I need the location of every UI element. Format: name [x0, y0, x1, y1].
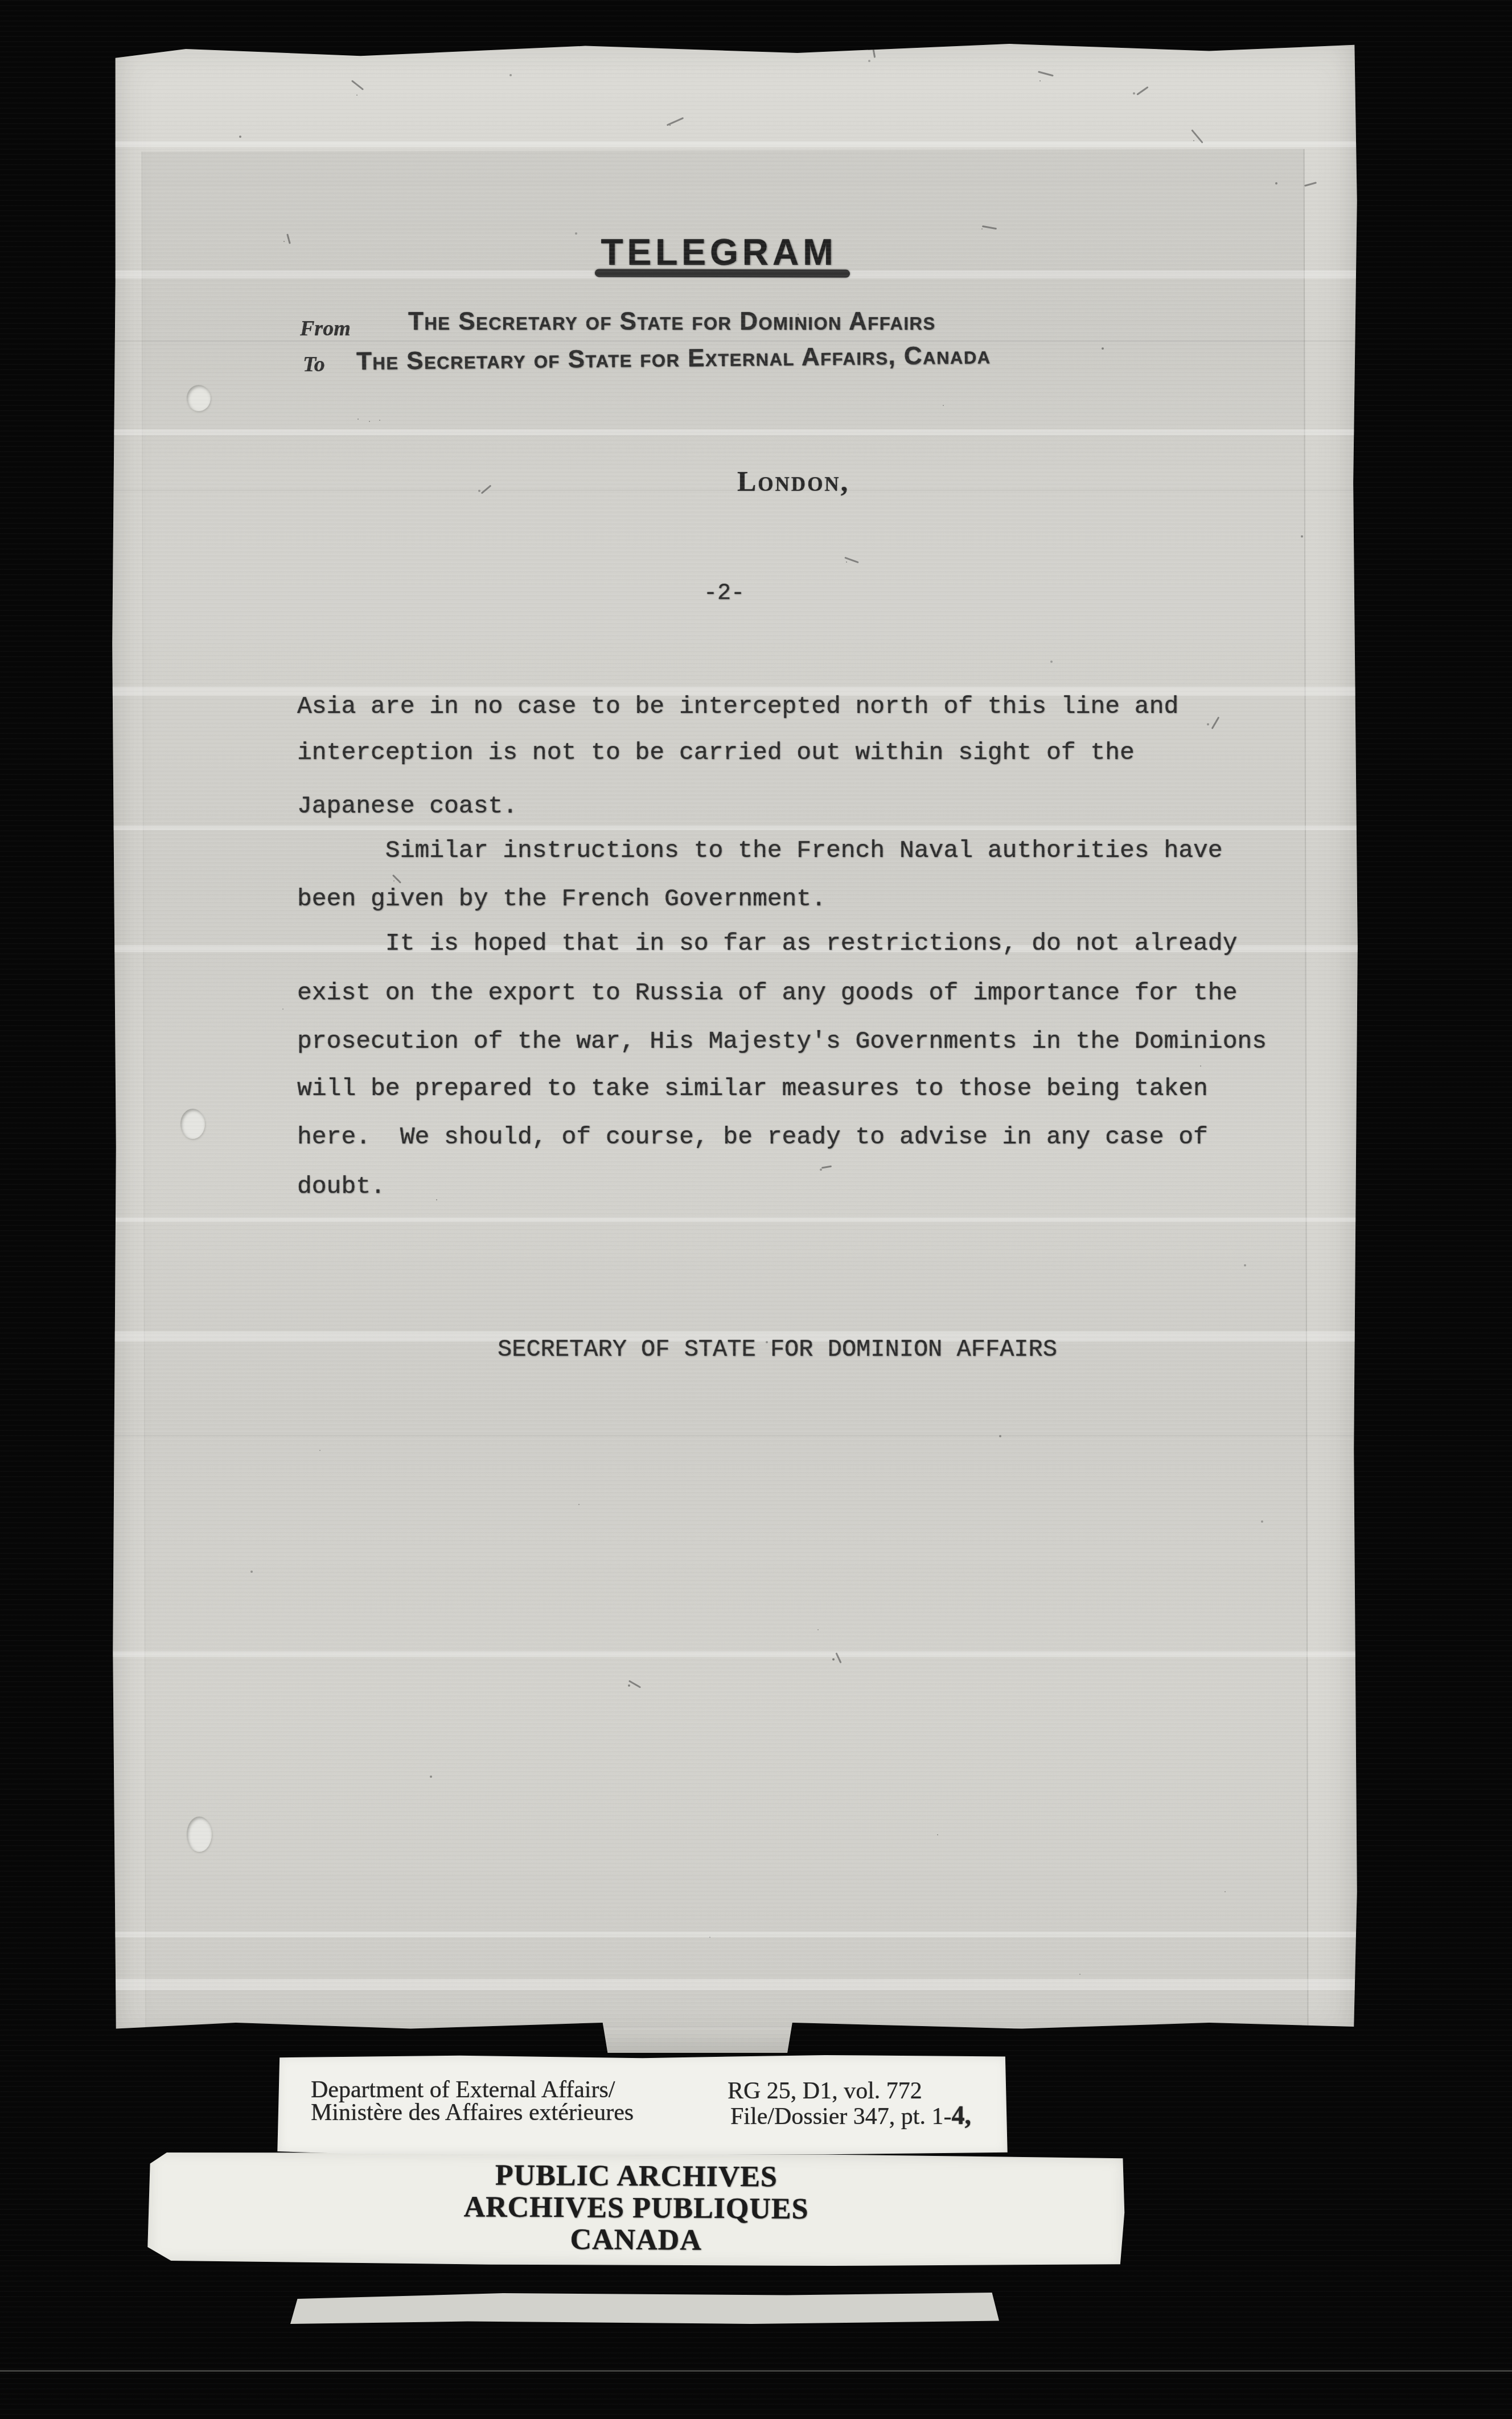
archive-reference-file: File/Dossier 347, pt. 1-4, [730, 2100, 971, 2130]
stamp-line-french: ARCHIVES PUBLIQUES [147, 2190, 1125, 2227]
punch-hole [187, 385, 211, 411]
stamp-line-country: CANADA [147, 2221, 1125, 2259]
scanned-microfilm-frame: TELEGRAM From The Secretary of State for… [0, 0, 1512, 2419]
body-line: Japanese coast. [297, 792, 517, 820]
body-line: been given by the French Government. [297, 885, 826, 913]
title-underline [595, 269, 850, 277]
scratch-mark [1304, 182, 1317, 187]
punch-hole [180, 1109, 205, 1139]
scratch-mark [872, 46, 876, 58]
punch-hole [187, 1817, 212, 1852]
body-line: prosecution of the war, His Majesty's Go… [297, 1027, 1267, 1055]
from-value: The Secretary of State for Dominion Affa… [408, 307, 936, 336]
stamp-line-english: PUBLIC ARCHIVES [147, 2158, 1125, 2195]
body-line: It is hoped that in so far as restrictio… [297, 929, 1237, 957]
paper-strip-fragment [290, 2293, 999, 2324]
dust-specks [111, 40, 113, 42]
from-label: From [300, 316, 351, 341]
signoff-line: SECRETARY OF STATE FOR DOMINION AFFAIRS [498, 1336, 1057, 1363]
scratch-mark [1038, 71, 1054, 76]
department-reference-card: Department of External Affairs/ Ministèr… [277, 2055, 1008, 2155]
body-line: exist on the export to Russia of any goo… [297, 979, 1237, 1007]
department-name-french: Ministère des Affaires extérieures [311, 2099, 634, 2126]
scan-line-artifact [0, 2370, 1512, 2372]
body-line: will be prepared to take similar measure… [297, 1075, 1208, 1102]
telegram-title: TELEGRAM [95, 231, 1343, 273]
body-line: doubt. [297, 1172, 385, 1200]
public-archives-stamp-text: PUBLIC ARCHIVES ARCHIVES PUBLIQUES CANAD… [147, 2150, 1126, 2259]
archive-reference-file-handwritten: 4, [951, 2101, 971, 2130]
body-line: here. We should, of course, be ready to … [297, 1123, 1208, 1151]
telegram-page: TELEGRAM From The Secretary of State for… [111, 40, 1359, 2053]
to-value: The Secretary of State for External Affa… [356, 341, 991, 376]
location-line: London, [737, 465, 849, 498]
public-archives-stamp: PUBLIC ARCHIVES ARCHIVES PUBLIQUES CANAD… [146, 2150, 1125, 2269]
to-label: To [303, 352, 325, 377]
body-line: interception is not to be carried out wi… [297, 739, 1135, 766]
body-line: Similar instructions to the French Naval… [297, 837, 1223, 864]
scratch-mark [1191, 129, 1203, 143]
scratch-mark [1136, 86, 1148, 95]
archive-reference-file-printed: File/Dossier 347, pt. 1- [730, 2104, 951, 2130]
scan-streak [111, 141, 1359, 147]
scratch-mark [351, 80, 364, 90]
body-line: Asia are in no case to be intercepted no… [297, 692, 1178, 720]
page-number: -2- [704, 581, 745, 606]
scratch-mark [667, 117, 684, 126]
